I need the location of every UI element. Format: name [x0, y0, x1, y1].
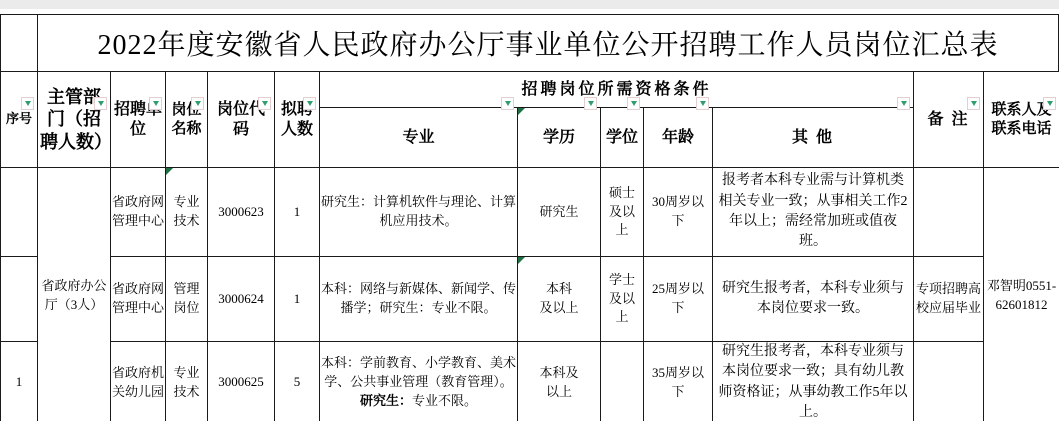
- cell-unit[interactable]: 省政府网管理中心: [111, 257, 166, 342]
- cell-edu[interactable]: 本科 及以上: [518, 257, 601, 342]
- column-header-edu[interactable]: 学历: [518, 108, 601, 168]
- major-text: 本科：学前教育、小学教育、美术学、公共事业管理（教育管理）。: [321, 355, 516, 389]
- cell-major[interactable]: 本科：网络与新媒体、新闻学、传播学；研究生：专业不限。: [320, 257, 518, 342]
- cell-edu[interactable]: 本科及 以上: [518, 342, 601, 421]
- cell-unit[interactable]: 省政府机关幼儿园: [111, 342, 166, 421]
- cell-note[interactable]: [914, 342, 984, 421]
- column-header-post[interactable]: 岗位名称: [166, 72, 208, 168]
- filter-dropdown-icon[interactable]: [21, 97, 34, 110]
- table-row: 省政府网管理中心 管理岗位 3000624 1 本科：网络与新媒体、新闻学、传播…: [1, 257, 1059, 342]
- column-header-note[interactable]: 备 注: [914, 72, 984, 168]
- cell-seq[interactable]: 1: [1, 342, 38, 421]
- cell-count[interactable]: 1: [275, 257, 320, 342]
- cell-degree[interactable]: [601, 342, 644, 421]
- column-header-degree[interactable]: 学位: [601, 108, 644, 168]
- filter-dropdown-icon[interactable]: [149, 97, 162, 110]
- recruitment-table: 序号 主管部门（招聘人数） 招聘单位 岗位名称 岗位代码 拟聘人数 招聘岗位所需…: [0, 71, 1059, 421]
- cell-post[interactable]: 专业技术: [166, 168, 208, 257]
- cell-post[interactable]: 专业技术: [166, 342, 208, 421]
- cell-unit[interactable]: 省政府网管理中心: [111, 168, 166, 257]
- major-text-bold: 研究生：: [360, 393, 412, 408]
- cell-count[interactable]: 5: [275, 342, 320, 421]
- title-row: 2022年度安徽省人民政府办公厅事业单位公开招聘工作人员岗位汇总表: [0, 14, 1059, 71]
- table-sheet: 2022年度安徽省人民政府办公厅事业单位公开招聘工作人员岗位汇总表 序号 主管部…: [0, 14, 1059, 421]
- cell-note[interactable]: 专项招聘高校应届毕业: [914, 257, 984, 342]
- filter-dropdown-icon[interactable]: [897, 97, 910, 110]
- page-title: 2022年度安徽省人民政府办公厅事业单位公开招聘工作人员岗位汇总表: [38, 15, 1058, 71]
- cell-seq[interactable]: [1, 257, 38, 342]
- major-text: 专业不限。: [412, 393, 477, 408]
- cell-major[interactable]: 研究生：计算机软件与理论、计算机应用技术。: [320, 168, 518, 257]
- filter-dropdown-icon[interactable]: [967, 97, 980, 110]
- cell-count[interactable]: 1: [275, 168, 320, 257]
- filter-dropdown-icon[interactable]: [258, 97, 271, 110]
- cell-age[interactable]: 35周岁以下: [644, 342, 713, 421]
- cell-seq[interactable]: [1, 168, 38, 257]
- cell-age[interactable]: 25周岁以下: [644, 257, 713, 342]
- cell-code[interactable]: 3000625: [208, 342, 275, 421]
- table-row: 省政府办公厅（3人） 省政府网管理中心 专业技术 3000623 1 研究生：计…: [1, 168, 1059, 257]
- spreadsheet-view: 2022年度安徽省人民政府办公厅事业单位公开招聘工作人员岗位汇总表 序号 主管部…: [0, 0, 1059, 421]
- cell-other[interactable]: 研究生报考者，本科专业须与本岗位要求一致。: [713, 257, 914, 342]
- cell-degree[interactable]: 硕士 及以上: [601, 168, 644, 257]
- column-header-count[interactable]: 拟聘人数: [275, 72, 320, 168]
- cell-other[interactable]: 报考者本科专业需与计算机类相关专业一致；从事相关工作2年以上；需经常加班或值夜班…: [713, 168, 914, 257]
- filter-dropdown-icon[interactable]: [501, 97, 514, 110]
- column-header-seq[interactable]: 序号: [1, 72, 38, 168]
- column-header-group-qualifications[interactable]: 招聘岗位所需资格条件: [320, 72, 914, 108]
- column-header-code[interactable]: 岗位代码: [208, 72, 275, 168]
- filter-dropdown-icon[interactable]: [627, 97, 640, 110]
- cell-department-merged[interactable]: 省政府办公厅（3人）: [38, 168, 111, 421]
- cell-other[interactable]: 研究生报考者，本科专业须与本岗位要求一致；具有幼儿教师资格证；从事幼教工作5年以…: [713, 342, 914, 421]
- filter-dropdown-icon[interactable]: [191, 97, 204, 110]
- cell-code[interactable]: 3000624: [208, 257, 275, 342]
- title-left-empty-cell[interactable]: [1, 15, 38, 71]
- column-header-other[interactable]: 其 他: [713, 108, 914, 168]
- cell-note[interactable]: [914, 168, 984, 257]
- filter-dropdown-icon[interactable]: [696, 97, 709, 110]
- column-header-department[interactable]: 主管部门（招聘人数）: [38, 72, 111, 168]
- column-header-age[interactable]: 年龄: [644, 108, 713, 168]
- cell-major[interactable]: 本科：学前教育、小学教育、美术学、公共事业管理（教育管理）。研究生：专业不限。: [320, 342, 518, 421]
- column-header-contact[interactable]: 联系人及联系电话: [984, 72, 1059, 168]
- filter-dropdown-icon[interactable]: [303, 97, 316, 110]
- cell-edu[interactable]: 研究生: [518, 168, 601, 257]
- filter-dropdown-icon[interactable]: [584, 97, 597, 110]
- cell-post[interactable]: 管理岗位: [166, 257, 208, 342]
- cell-contact-merged[interactable]: 邓智明0551-62601812: [984, 168, 1059, 421]
- cell-age[interactable]: 30周岁以下: [644, 168, 713, 257]
- filter-dropdown-icon[interactable]: [1043, 97, 1056, 110]
- table-row: 1 省政府机关幼儿园 专业技术 3000625 5 本科：学前教育、小学教育、美…: [1, 342, 1059, 421]
- column-header-major[interactable]: 专业: [320, 108, 518, 168]
- filter-dropdown-icon[interactable]: [94, 97, 107, 110]
- top-row-sliver: [0, 0, 1059, 9]
- cell-degree[interactable]: 学士 及以上: [601, 257, 644, 342]
- cell-code[interactable]: 3000623: [208, 168, 275, 257]
- column-header-unit[interactable]: 招聘单位: [111, 72, 166, 168]
